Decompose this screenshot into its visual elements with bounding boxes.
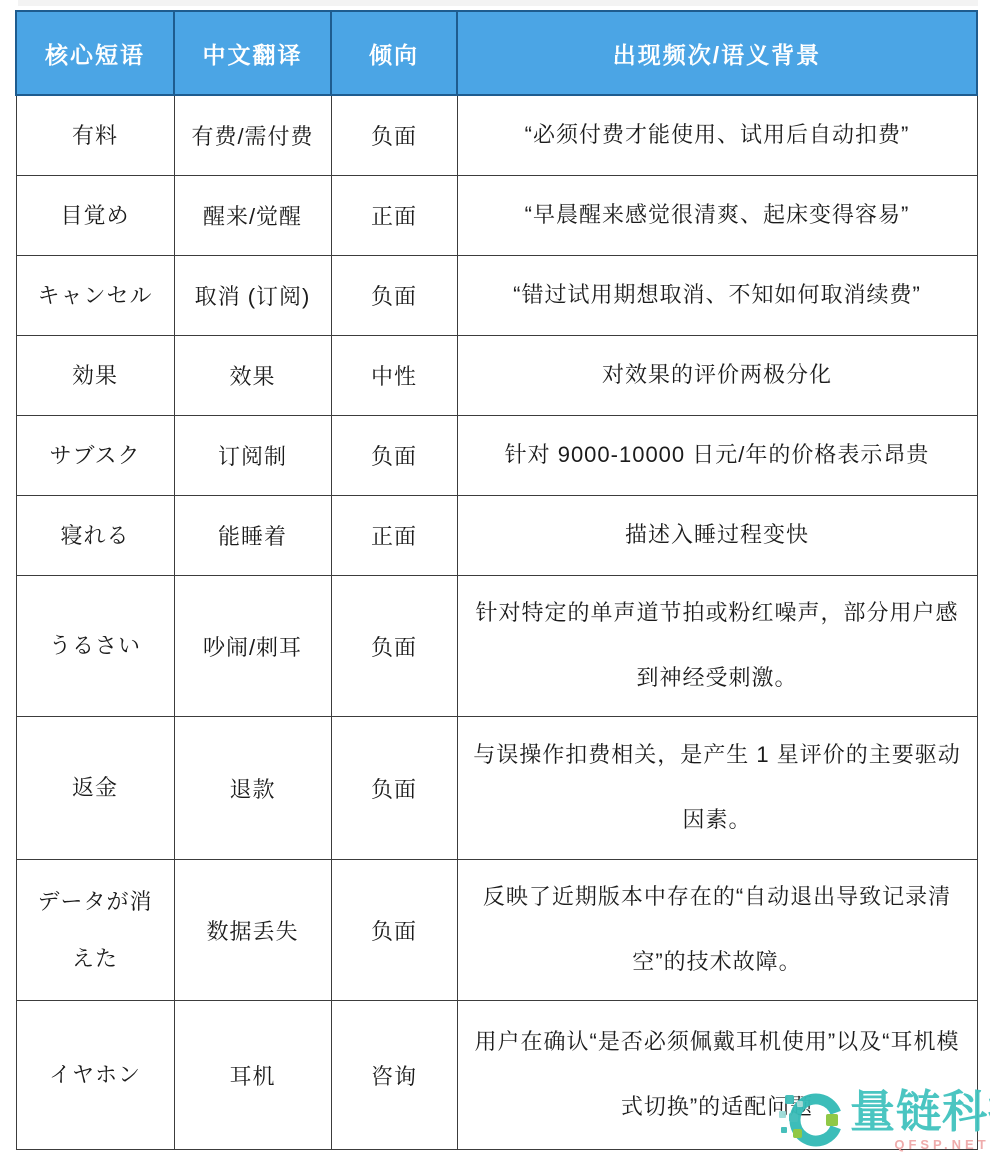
context-cell: 针对特定的单声道节拍或粉红噪声，部分用户感到神经受刺激。 — [457, 576, 977, 717]
page: 核心短语 中文翻译 倾向 出现频次/语义背景 有料 有费/需付费 负面 “必须付… — [0, 0, 990, 1156]
context-cell: 反映了近期版本中存在的“自动退出导致记录清空”的技术故障。 — [457, 860, 977, 1001]
sentiment-cell: 负面 — [331, 717, 457, 860]
column-header-translation: 中文翻译 — [174, 11, 331, 95]
top-strip — [18, 0, 978, 6]
table-row: うるさい 吵闹/刺耳 负面 针对特定的单声道节拍或粉红噪声，部分用户感到神经受刺… — [16, 576, 977, 717]
phrase-cell: 効果 — [16, 336, 174, 416]
header-row: 核心短语 中文翻译 倾向 出现频次/语义背景 — [16, 11, 977, 95]
translation-cell: 能睡着 — [174, 496, 331, 576]
brand-domain: QFSP.NET — [894, 1137, 989, 1152]
context-cell: “错过试用期想取消、不知如何取消续费” — [457, 256, 977, 336]
translation-cell: 取消 (订阅) — [174, 256, 331, 336]
context-cell: 描述入睡过程变快 — [457, 496, 977, 576]
keyword-analysis-table: 核心短语 中文翻译 倾向 出现频次/语义背景 有料 有费/需付费 负面 “必须付… — [15, 10, 978, 1150]
table-row: 有料 有费/需付费 负面 “必须付费才能使用、试用后自动扣费” — [16, 95, 977, 176]
column-header-phrase: 核心短语 — [16, 11, 174, 95]
context-cell: “早晨醒来感觉很清爽、起床变得容易” — [457, 176, 977, 256]
sentiment-cell: 中性 — [331, 336, 457, 416]
context-cell: “必须付费才能使用、试用后自动扣费” — [457, 95, 977, 176]
column-header-sentiment: 倾向 — [331, 11, 457, 95]
table-header: 核心短语 中文翻译 倾向 出现频次/语义背景 — [16, 11, 977, 95]
translation-cell: 数据丢失 — [174, 860, 331, 1001]
column-header-context: 出现频次/语义背景 — [457, 11, 977, 95]
translation-cell: 醒来/觉醒 — [174, 176, 331, 256]
sentiment-cell: 咨询 — [331, 1001, 457, 1150]
translation-cell: 退款 — [174, 717, 331, 860]
phrase-cell: データが消えた — [16, 860, 174, 1001]
brand-logo-icon — [778, 1086, 846, 1154]
phrase-cell: サブスク — [16, 416, 174, 496]
sentiment-cell: 负面 — [331, 95, 457, 176]
phrase-cell: イヤホン — [16, 1001, 174, 1150]
sentiment-cell: 负面 — [331, 256, 457, 336]
phrase-cell: 返金 — [16, 717, 174, 860]
table-row: 寝れる 能睡着 正面 描述入睡过程变快 — [16, 496, 977, 576]
sentiment-cell: 负面 — [331, 576, 457, 717]
translation-cell: 有费/需付费 — [174, 95, 331, 176]
sentiment-cell: 正面 — [331, 176, 457, 256]
context-cell: 对效果的评价两极分化 — [457, 336, 977, 416]
table-row: データが消えた 数据丢失 负面 反映了近期版本中存在的“自动退出导致记录清空”的… — [16, 860, 977, 1001]
sentiment-cell: 负面 — [331, 416, 457, 496]
phrase-cell: 有料 — [16, 95, 174, 176]
brand-name: 量链科技 — [850, 1088, 990, 1135]
phrase-cell: キャンセル — [16, 256, 174, 336]
watermark: 量链科技 QFSP.NET — [778, 1086, 990, 1154]
table-row: キャンセル 取消 (订阅) 负面 “错过试用期想取消、不知如何取消续费” — [16, 256, 977, 336]
phrase-cell: 寝れる — [16, 496, 174, 576]
translation-cell: 耳机 — [174, 1001, 331, 1150]
table-row: サブスク 订阅制 负面 针对 9000-10000 日元/年的价格表示昂贵 — [16, 416, 977, 496]
translation-cell: 效果 — [174, 336, 331, 416]
context-cell: 与误操作扣费相关，是产生 1 星评价的主要驱动因素。 — [457, 717, 977, 860]
sentiment-cell: 正面 — [331, 496, 457, 576]
sentiment-cell: 负面 — [331, 860, 457, 1001]
table-body: 有料 有费/需付费 负面 “必须付费才能使用、试用后自动扣费” 目覚め 醒来/觉… — [16, 95, 977, 1150]
phrase-cell: うるさい — [16, 576, 174, 717]
translation-cell: 吵闹/刺耳 — [174, 576, 331, 717]
table-row: 目覚め 醒来/觉醒 正面 “早晨醒来感觉很清爽、起床变得容易” — [16, 176, 977, 256]
table-row: 返金 退款 负面 与误操作扣费相关，是产生 1 星评价的主要驱动因素。 — [16, 717, 977, 860]
phrase-cell: 目覚め — [16, 176, 174, 256]
table-row: 効果 效果 中性 对效果的评价两极分化 — [16, 336, 977, 416]
context-cell: 针对 9000-10000 日元/年的价格表示昂贵 — [457, 416, 977, 496]
translation-cell: 订阅制 — [174, 416, 331, 496]
